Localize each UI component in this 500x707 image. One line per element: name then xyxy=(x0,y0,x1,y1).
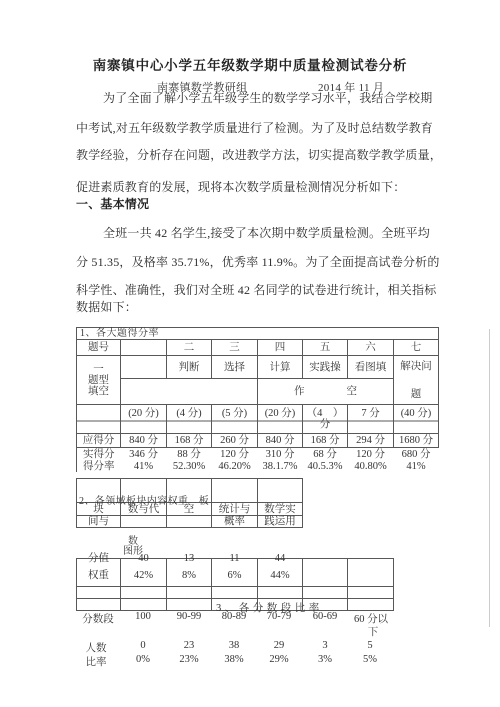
grid-empty-cell xyxy=(348,599,394,611)
t1-value-cell: 168 分 xyxy=(167,434,212,448)
t1-value-cell: 260 分 xyxy=(212,434,258,448)
grid-empty-cell xyxy=(77,587,121,599)
grid-cell: 4042% xyxy=(121,559,167,587)
doc-title: 南寨镇中心小学五年级数学期中质量检测试卷分析 xyxy=(0,54,500,74)
t3-header-cell: 60-69 xyxy=(313,611,338,622)
grid-line: 6% xyxy=(212,571,257,581)
grid-empty-cell xyxy=(121,587,167,599)
t1-points-cell: （4 ） 分 xyxy=(303,405,348,434)
t1-points-cell: (20 分) xyxy=(121,405,167,434)
t1-header-cell: 四 xyxy=(258,340,303,356)
t3-count-cell: 29 xyxy=(274,640,285,651)
t2-cell: 统计与 xyxy=(212,503,258,516)
t1-header-cell: 六 xyxy=(348,340,394,356)
t1-value-cell: 41% xyxy=(394,461,439,472)
t1-value-cell: 40.80% xyxy=(348,461,394,472)
t3-rate-cell: 5% xyxy=(363,654,377,665)
t2-cell: 间与 xyxy=(77,516,121,528)
points-line: （4 ） xyxy=(303,408,347,419)
t1-stub-cell: 一 题型 填空 xyxy=(77,356,121,405)
table1-actual-row: 实得分 346 分 88 分 120 分 310 分 68 分 120 分 68… xyxy=(77,448,439,461)
grid-line: 44% xyxy=(258,571,302,581)
section-heading: 一、基本情况 xyxy=(76,197,448,211)
t1-value-cell: 40.5.3% xyxy=(303,461,348,472)
t3-rate-cell: 3% xyxy=(318,654,332,665)
t3-header-cell: 100 xyxy=(135,611,151,622)
t1-value-cell: 52.30% xyxy=(167,461,212,472)
t3-count-cell: 23 xyxy=(184,640,195,651)
t1-points-cell: (4 分) xyxy=(167,405,212,434)
grid-values-row: 分值权重 4042% 138% 116% 4444% xyxy=(77,559,394,587)
t1-solve-cell: 解决问 题 xyxy=(394,356,439,405)
stub-line: 填空 xyxy=(77,386,120,397)
table1-expected-row: 应得分 840 分 168 分 260 分 840 分 168 分 294 分 … xyxy=(77,434,439,448)
paragraph-line: 科学性、准确性，我们对全班 42 名同学的试卷进行统计，相关指标 xyxy=(76,283,448,297)
grid-empty-row xyxy=(77,587,394,599)
t1-points-cell: (40 分) xyxy=(394,405,439,434)
t1-type-cell xyxy=(121,356,167,379)
t1-type-cell: 选择 xyxy=(212,356,258,379)
paragraph-line: 为了全面了解小学五年级学生的数学学习水平，我结合学校期 xyxy=(76,91,448,105)
table1-header-row: 题号 二 三 四 五 六 七 xyxy=(77,340,439,356)
t1-type-cell: 计算 xyxy=(258,356,303,379)
t1-value-cell: 88 分 xyxy=(167,448,212,461)
table1-points-row: (20 分) (4 分) (5 分) (20 分) （4 ） 分 7 分 (40… xyxy=(77,405,439,434)
grid-empty-cell xyxy=(212,587,258,599)
t1-header-cell: 五 xyxy=(303,340,348,356)
paragraph-line: 全班一共 42 名学生,接受了本次期中数学质量检测。全班平均 xyxy=(76,226,448,240)
t1-merged-zuokong-cell: 作 空 xyxy=(258,379,394,405)
grid-empty-cell xyxy=(348,587,394,599)
t3-rate-cell: 0% xyxy=(136,654,150,665)
t3-header-cell: 70-79 xyxy=(267,611,292,622)
t2-cell: 践运用 xyxy=(258,516,303,528)
grid-empty-cell xyxy=(167,587,212,599)
grid-empty-cell xyxy=(303,587,348,599)
grid-cell: 4444% xyxy=(258,559,303,587)
t1-value-cell: 346 分 xyxy=(121,448,167,461)
scan-edge-artifact xyxy=(489,329,490,627)
t2-cell: 概率 xyxy=(212,516,258,528)
grid-empty-cell xyxy=(121,599,167,611)
t3-count-cell: 38 xyxy=(229,640,240,651)
t1-value-cell: 310 分 xyxy=(258,448,303,461)
grid-cell: 分值权重 xyxy=(77,559,121,587)
t3-count-cell: 5 xyxy=(367,640,372,651)
t1-merged-blank-cell xyxy=(121,379,258,405)
paragraph-line: 分 51.35，及格率 35.71%，优秀率 11.9%。为了全面提高试卷分析的 xyxy=(76,255,448,269)
table2-row2: 间与 概率 践运用 xyxy=(77,516,303,528)
t1-row-label: 实得分 xyxy=(77,448,121,461)
paragraph-line: 教学经验，分析存在问题，改进教学方法，切实提高数学教学质量， xyxy=(76,148,448,162)
t1-points-cell: (20 分) xyxy=(258,405,303,434)
grid-cell xyxy=(348,559,394,587)
t3-count-cell: 3 xyxy=(322,640,327,651)
t1-value-cell: 46.20% xyxy=(212,461,258,472)
table1-score-rate: 1、各大题得分率 题号 二 三 四 五 六 七 一 题型 填空 判断 选择 计算… xyxy=(76,327,439,472)
t1-value-cell: 1680 分 xyxy=(394,434,439,448)
t1-value-cell: 68 分 xyxy=(303,448,348,461)
paragraph-line: 促进素质教育的发展，现将本次数学质量检测情况分析如下： xyxy=(76,180,448,194)
t1-row-label: 得分率 xyxy=(77,461,121,472)
t3-rate-cell: 23% xyxy=(179,654,198,665)
t1-value-cell: 680 分 xyxy=(394,448,439,461)
t1-header-cell: 七 xyxy=(394,340,439,356)
grid-line: 42% xyxy=(121,571,166,581)
grid-line: 11 xyxy=(212,554,257,564)
grid-empty-cell xyxy=(258,587,303,599)
t1-points-cell: 7 分 xyxy=(348,405,394,434)
t1-row-label: 应得分 xyxy=(77,434,121,448)
grid-empty-cell xyxy=(77,599,121,611)
t1-points-cell xyxy=(77,405,121,434)
grid-line: 13 xyxy=(167,554,211,564)
t2-cell xyxy=(121,516,167,528)
t3-header-cell: 90-99 xyxy=(177,611,202,622)
t3-header-cell: 80-89 xyxy=(222,611,247,622)
t1-value-cell: 120 分 xyxy=(348,448,394,461)
grid-empty-cell xyxy=(167,599,212,611)
grid-cell: 116% xyxy=(212,559,258,587)
t1-header-cell xyxy=(121,340,167,356)
t1-header-cell: 二 xyxy=(167,340,212,356)
t1-value-cell: 38.1.7% xyxy=(258,461,303,472)
grid-line: 40 xyxy=(121,554,166,564)
grid-line: 权重 xyxy=(77,571,120,581)
t1-type-cell: 判断 xyxy=(167,356,212,379)
table1-rate-row: 得分率 41% 52.30% 46.20% 38.1.7% 40.5.3% 40… xyxy=(77,461,439,472)
grid-line: 44 xyxy=(258,554,302,564)
t1-header-cell: 题号 xyxy=(77,340,121,356)
t3-rate-label: 比率 xyxy=(86,654,107,669)
t1-type-cell: 看图填 xyxy=(348,356,394,379)
t2-empty-cell xyxy=(212,479,258,503)
t3-count-cell: 0 xyxy=(140,640,145,651)
table1-type-row: 一 题型 填空 判断 选择 计算 实践操 看图填 解决问 题 xyxy=(77,356,439,379)
t1-value-cell: 168 分 xyxy=(303,434,348,448)
points-line: 分 xyxy=(303,419,347,430)
table1-caption-row: 1、各大题得分率 xyxy=(77,328,439,340)
grid-line: 分值 xyxy=(77,554,120,564)
stub-line: 一 xyxy=(77,364,120,375)
t3-header-cell: 分数段 xyxy=(82,611,114,626)
t1-value-cell: 120 分 xyxy=(212,448,258,461)
t3-count-label: 人数 xyxy=(86,640,107,655)
stub-line: 题型 xyxy=(77,375,120,386)
t2-empty-cell xyxy=(258,479,303,503)
t1-type-cell: 实践操 xyxy=(303,356,348,379)
table1-merge-row: 作 空 xyxy=(77,379,439,405)
table2-caption: 2、各领域板块内容权重 板 xyxy=(79,492,209,507)
t2-cell xyxy=(167,516,212,528)
t1-value-cell: 294 分 xyxy=(348,434,394,448)
solve-line: 题 xyxy=(394,389,438,400)
grid-cell: 138% xyxy=(167,559,212,587)
t2-cell: 数学实 xyxy=(258,503,303,516)
table1-caption: 1、各大题得分率 xyxy=(77,328,439,340)
grid-cell xyxy=(303,559,348,587)
t3-rate-cell: 29% xyxy=(269,654,288,665)
paragraph-line: 中考试,对五年级数学教学质量进行了检测。为了及时总结数学教育 xyxy=(76,121,448,135)
t1-value-cell: 840 分 xyxy=(121,434,167,448)
t1-points-cell: (5 分) xyxy=(212,405,258,434)
t3-header-wrap: 下 xyxy=(368,624,379,639)
t1-value-cell: 840 分 xyxy=(258,434,303,448)
t1-header-cell: 三 xyxy=(212,340,258,356)
solve-line: 解决问 xyxy=(394,361,438,372)
paragraph-line: 数据如下： xyxy=(76,300,448,314)
grid-line: 8% xyxy=(167,571,211,581)
t1-value-cell: 41% xyxy=(121,461,167,472)
t3-rate-cell: 38% xyxy=(224,654,243,665)
